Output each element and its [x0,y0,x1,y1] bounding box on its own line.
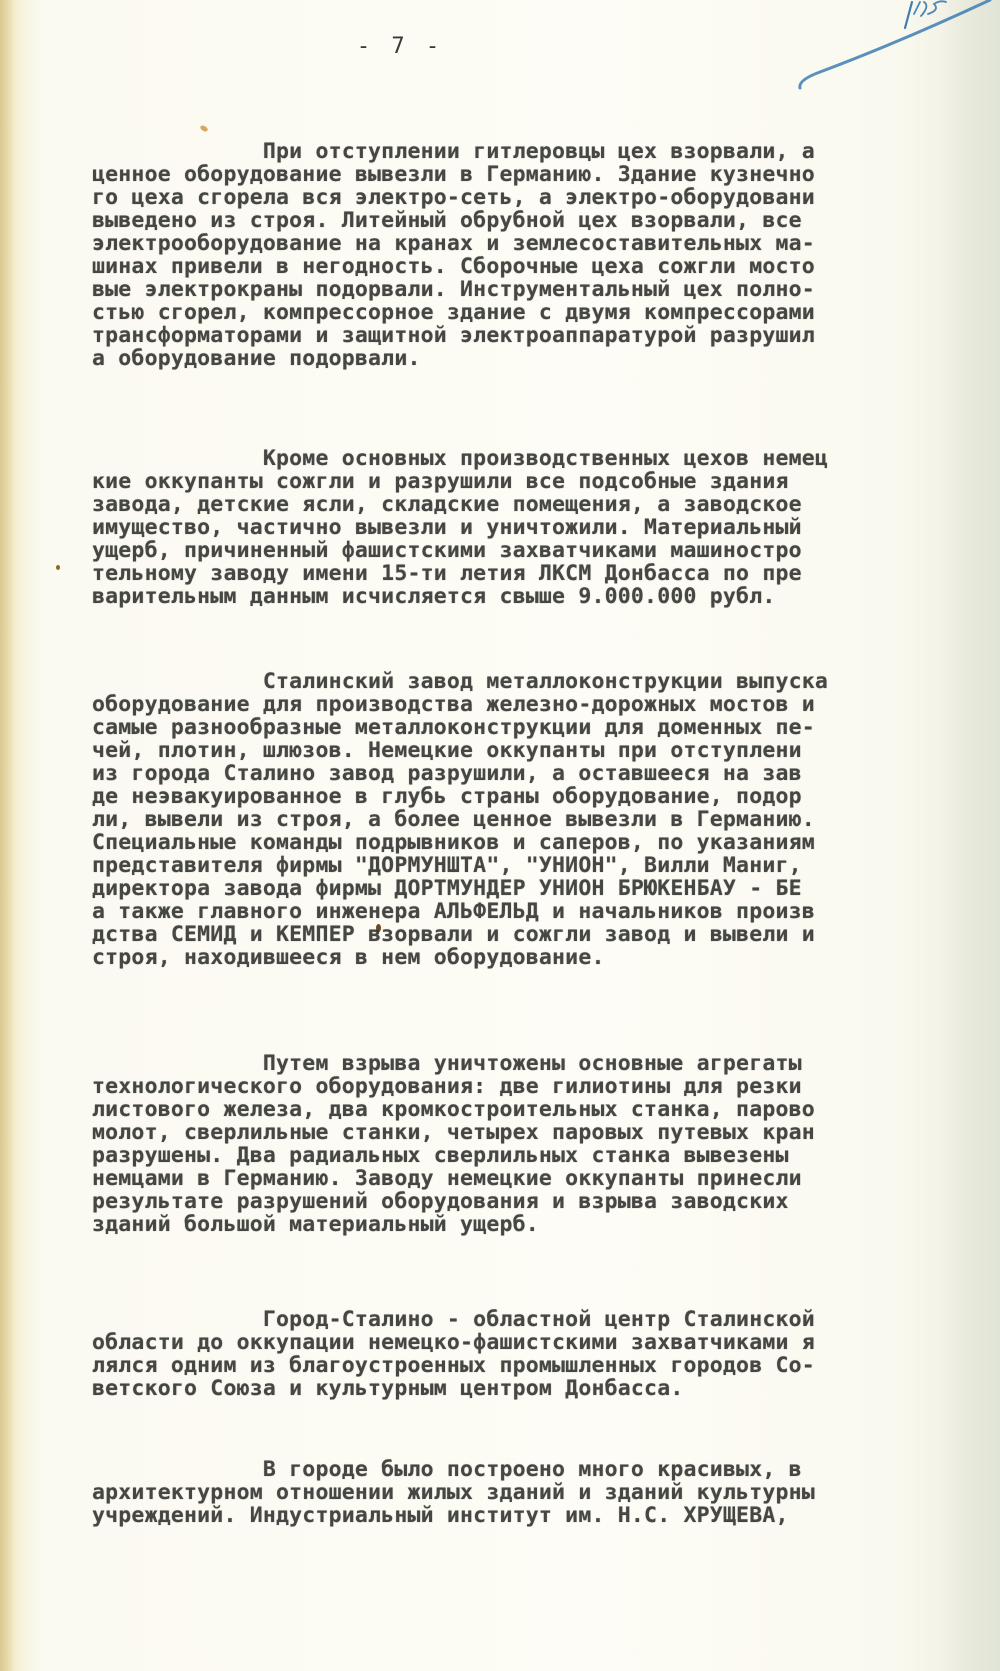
text-line: Город-Сталино - областной центр Сталинск… [92,1308,1000,1331]
text-line: шинах привели в негодность. Сборочные це… [92,255,1000,278]
text-line: самые разнообразные металлоконструкции д… [92,716,1000,739]
text-line: области до оккупации немецко-фашистскими… [92,1331,1000,1354]
text-line: лялся одним из благоустроенных промышлен… [92,1354,1000,1377]
text-line: разрушены. Два радиальных сверлильных ст… [92,1144,1000,1167]
text-line: ценное оборудование вывезли в Германию. … [92,163,1000,186]
text-line: электрооборудование на кранах и землесос… [92,232,1000,255]
text-line: молот, сверлильные станки, четырех паров… [92,1121,1000,1144]
paper-stain [199,124,208,132]
text-line: а также главного инженера АЛЬФЕЛЬД и нач… [92,900,1000,923]
paragraph-6: В городе было построено много красивых, … [92,1458,1000,1527]
text-line: выведено из строя. Литейный обрубной цех… [92,209,1000,232]
text-line: При отступлении гитлеровцы цех взорвали,… [92,140,1000,163]
text-line: технологического оборудования: две гилио… [92,1075,1000,1098]
document-page: - 7 - При отступлении гитлеровцы цех взо… [0,0,1000,1671]
text-line: завода, детские ясли, складские помещени… [92,493,1000,516]
text-line: Путем взрыва уничтожены основные агрегат… [92,1052,1000,1075]
text-line: чей, плотин, шлюзов. Немецкие оккупанты … [92,739,1000,762]
text-line: ущерб, причиненный фашистскими захватчик… [92,539,1000,562]
paragraph-4: Путем взрыва уничтожены основные агрегат… [92,1052,1000,1236]
text-line: архитектурном отношении жилых зданий и з… [92,1481,1000,1504]
text-line: директора завода фирмы ДОРТМУНДЕР УНИОН … [92,877,1000,900]
text-line: де неэвакуированное в глубь страны обору… [92,785,1000,808]
text-line: В городе было построено много красивых, … [92,1458,1000,1481]
text-line: оборудование для производства железно-до… [92,693,1000,716]
paragraph-5: Город-Сталино - областной центр Сталинск… [92,1308,1000,1400]
text-line: стью сгорел, компрессорное здание с двум… [92,301,1000,324]
text-line: тельному заводу имени 15-ти летия ЛКСМ Д… [92,562,1000,585]
text-line: ветского Союза и культурным центром Донб… [92,1377,1000,1400]
text-line: вые электрокраны подорвали. Инструментал… [92,278,1000,301]
text-line: а оборудование подорвали. [92,347,1000,370]
paragraph-3: Сталинский завод металлоконструкции выпу… [92,670,1000,969]
text-line: немцами в Германию. Заводу немецкие окку… [92,1167,1000,1190]
text-line: кие оккупанты сожгли и разрушили все под… [92,470,1000,493]
text-line: имущество, частично вывезли и уничтожили… [92,516,1000,539]
text-line: Кроме основных производственных цехов не… [92,447,1000,470]
page-binding-edge [0,0,14,1671]
text-line: листового железа, два кромкостроительных… [92,1098,1000,1121]
text-line: строя, находившееся в нем оборудование. [92,946,1000,969]
text-line: трансформаторами и защитной электроаппар… [92,324,1000,347]
text-line: го цеха сгорела вся электро-сеть, а элек… [92,186,1000,209]
text-line: ли, вывели из строя, а более ценное выве… [92,808,1000,831]
text-line: зданий большой материальный ущерб. [92,1213,1000,1236]
handwritten-annotation-icon [790,0,1000,95]
text-line: Сталинский завод металлоконструкции выпу… [92,670,1000,693]
page-number: - 7 - [340,34,460,59]
text-line: результате разрушений оборудования и взр… [92,1190,1000,1213]
text-line: учреждений. Индустриальный институт им. … [92,1504,1000,1527]
paragraph-1: При отступлении гитлеровцы цех взорвали,… [92,140,1000,370]
text-line: представителя фирмы "ДОРМУНШТА", "УНИОН"… [92,854,1000,877]
text-line: дства СЕМИД и КЕМПЕР взорвали и сожгли з… [92,923,1000,946]
paragraph-2: Кроме основных производственных цехов не… [92,447,1000,608]
text-line: варительным данным исчисляется свыше 9.0… [92,585,1000,608]
text-line: Специальные команды подрывников и саперо… [92,831,1000,854]
paper-stain [56,565,60,570]
text-line: из города Сталино завод разрушили, а ост… [92,762,1000,785]
